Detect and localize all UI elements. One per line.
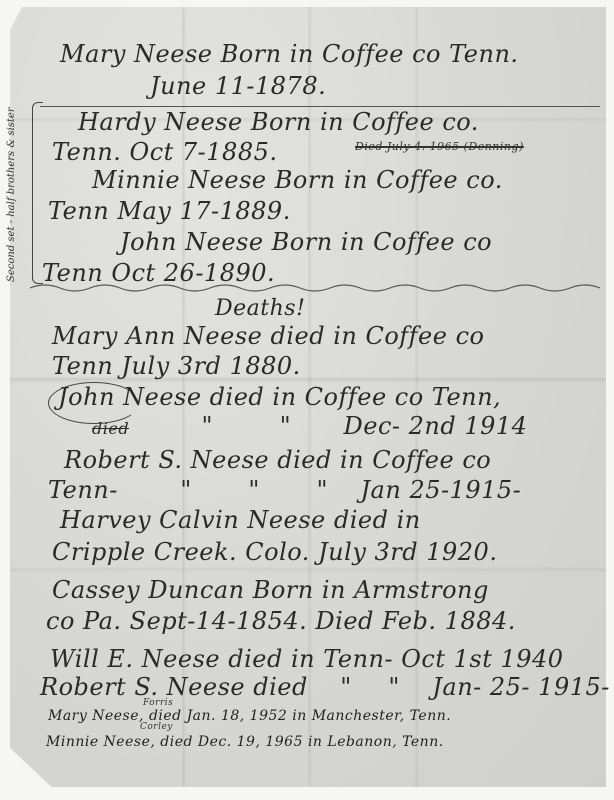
wavy-divider xyxy=(30,282,600,294)
note-name: Mary Neese xyxy=(48,708,139,724)
deaths-heading: Deaths! xyxy=(215,296,305,321)
birth-john-line1: John Neese Born in Coffee co xyxy=(120,228,492,256)
birth-minnie-line2: Tenn May 17-1889. xyxy=(48,197,291,225)
ditto-mark: " xyxy=(302,476,342,504)
death-john-line1: John Neese died in Coffee co Tenn, xyxy=(58,383,501,411)
struck-word: died xyxy=(92,419,129,438)
ditto-mark: " xyxy=(234,476,274,504)
inserted-name-corley: Corley xyxy=(140,722,173,732)
death-robert-line2: Tenn- " " " Jan 25-1915- xyxy=(48,476,521,504)
ditto-mark: " xyxy=(265,412,305,440)
margin-note: Second set - half brothers & sister xyxy=(6,107,17,282)
note-text: died Jan. 18, 1952 in Manchester, Tenn. xyxy=(149,708,451,724)
birth-minnie-line1: Minnie Neese Born in Coffee co. xyxy=(92,166,503,194)
note-minnie-corley: Minnie Neese, died Dec. 19, 1965 in Leba… xyxy=(46,734,444,750)
death-robert-repeat-line: Robert S. Neese died " " Jan- 25- 1915- xyxy=(40,673,610,701)
scanned-page: Second set - half brothers & sister Mary… xyxy=(0,0,614,800)
death-harvey-line1: Harvey Calvin Neese died in xyxy=(60,506,421,534)
ditto-mark: " xyxy=(326,673,366,701)
note-mary-forris: Mary Neese, died Jan. 18, 1952 in Manche… xyxy=(48,708,451,724)
cassey-duncan-line1: Cassey Duncan Born in Armstrong xyxy=(52,576,489,604)
cassey-duncan-line2: co Pa. Sept-14-1854. Died Feb. 1884. xyxy=(46,607,516,635)
ditto-mark: " xyxy=(187,412,227,440)
line-prefix: Tenn- xyxy=(48,476,118,504)
line-prefix: Robert S. Neese died xyxy=(40,673,308,701)
note-text: died Dec. 19, 1965 in Lebanon, Tenn. xyxy=(160,734,443,750)
death-harvey-line2: Cripple Creek. Colo. July 3rd 1920. xyxy=(52,538,497,566)
death-will-line1: Will E. Neese died in Tenn- Oct 1st 1940 xyxy=(50,645,564,673)
birth-mary-line2: June 11-1878. xyxy=(150,72,326,100)
half-siblings-bracket xyxy=(32,102,43,284)
death-date: Dec- 2nd 1914 xyxy=(344,412,528,440)
death-john-line2: died " " Dec- 2nd 1914 xyxy=(92,412,527,440)
birth-hardy-line1: Hardy Neese Born in Coffee co. xyxy=(78,108,479,136)
death-mary-ann-line1: Mary Ann Neese died in Coffee co xyxy=(52,322,484,350)
death-robert-line1: Robert S. Neese died in Coffee co xyxy=(64,446,491,474)
inserted-name-forris: Forris xyxy=(143,698,173,708)
struck-annotation: Died July 4. 1965 (Denning) xyxy=(355,140,524,153)
separator-rule xyxy=(40,106,600,107)
ditto-mark: " xyxy=(166,476,206,504)
ditto-mark: " xyxy=(374,673,414,701)
birth-hardy-line2: Tenn. Oct 7-1885. xyxy=(52,138,278,166)
death-mary-ann-line2: Tenn July 3rd 1880. xyxy=(52,352,301,380)
death-date: Jan 25-1915- xyxy=(360,476,521,504)
death-date: Jan- 25- 1915- xyxy=(432,673,610,701)
birth-mary-line1: Mary Neese Born in Coffee co Tenn. xyxy=(60,40,519,68)
note-name: Minnie Neese xyxy=(46,734,150,750)
